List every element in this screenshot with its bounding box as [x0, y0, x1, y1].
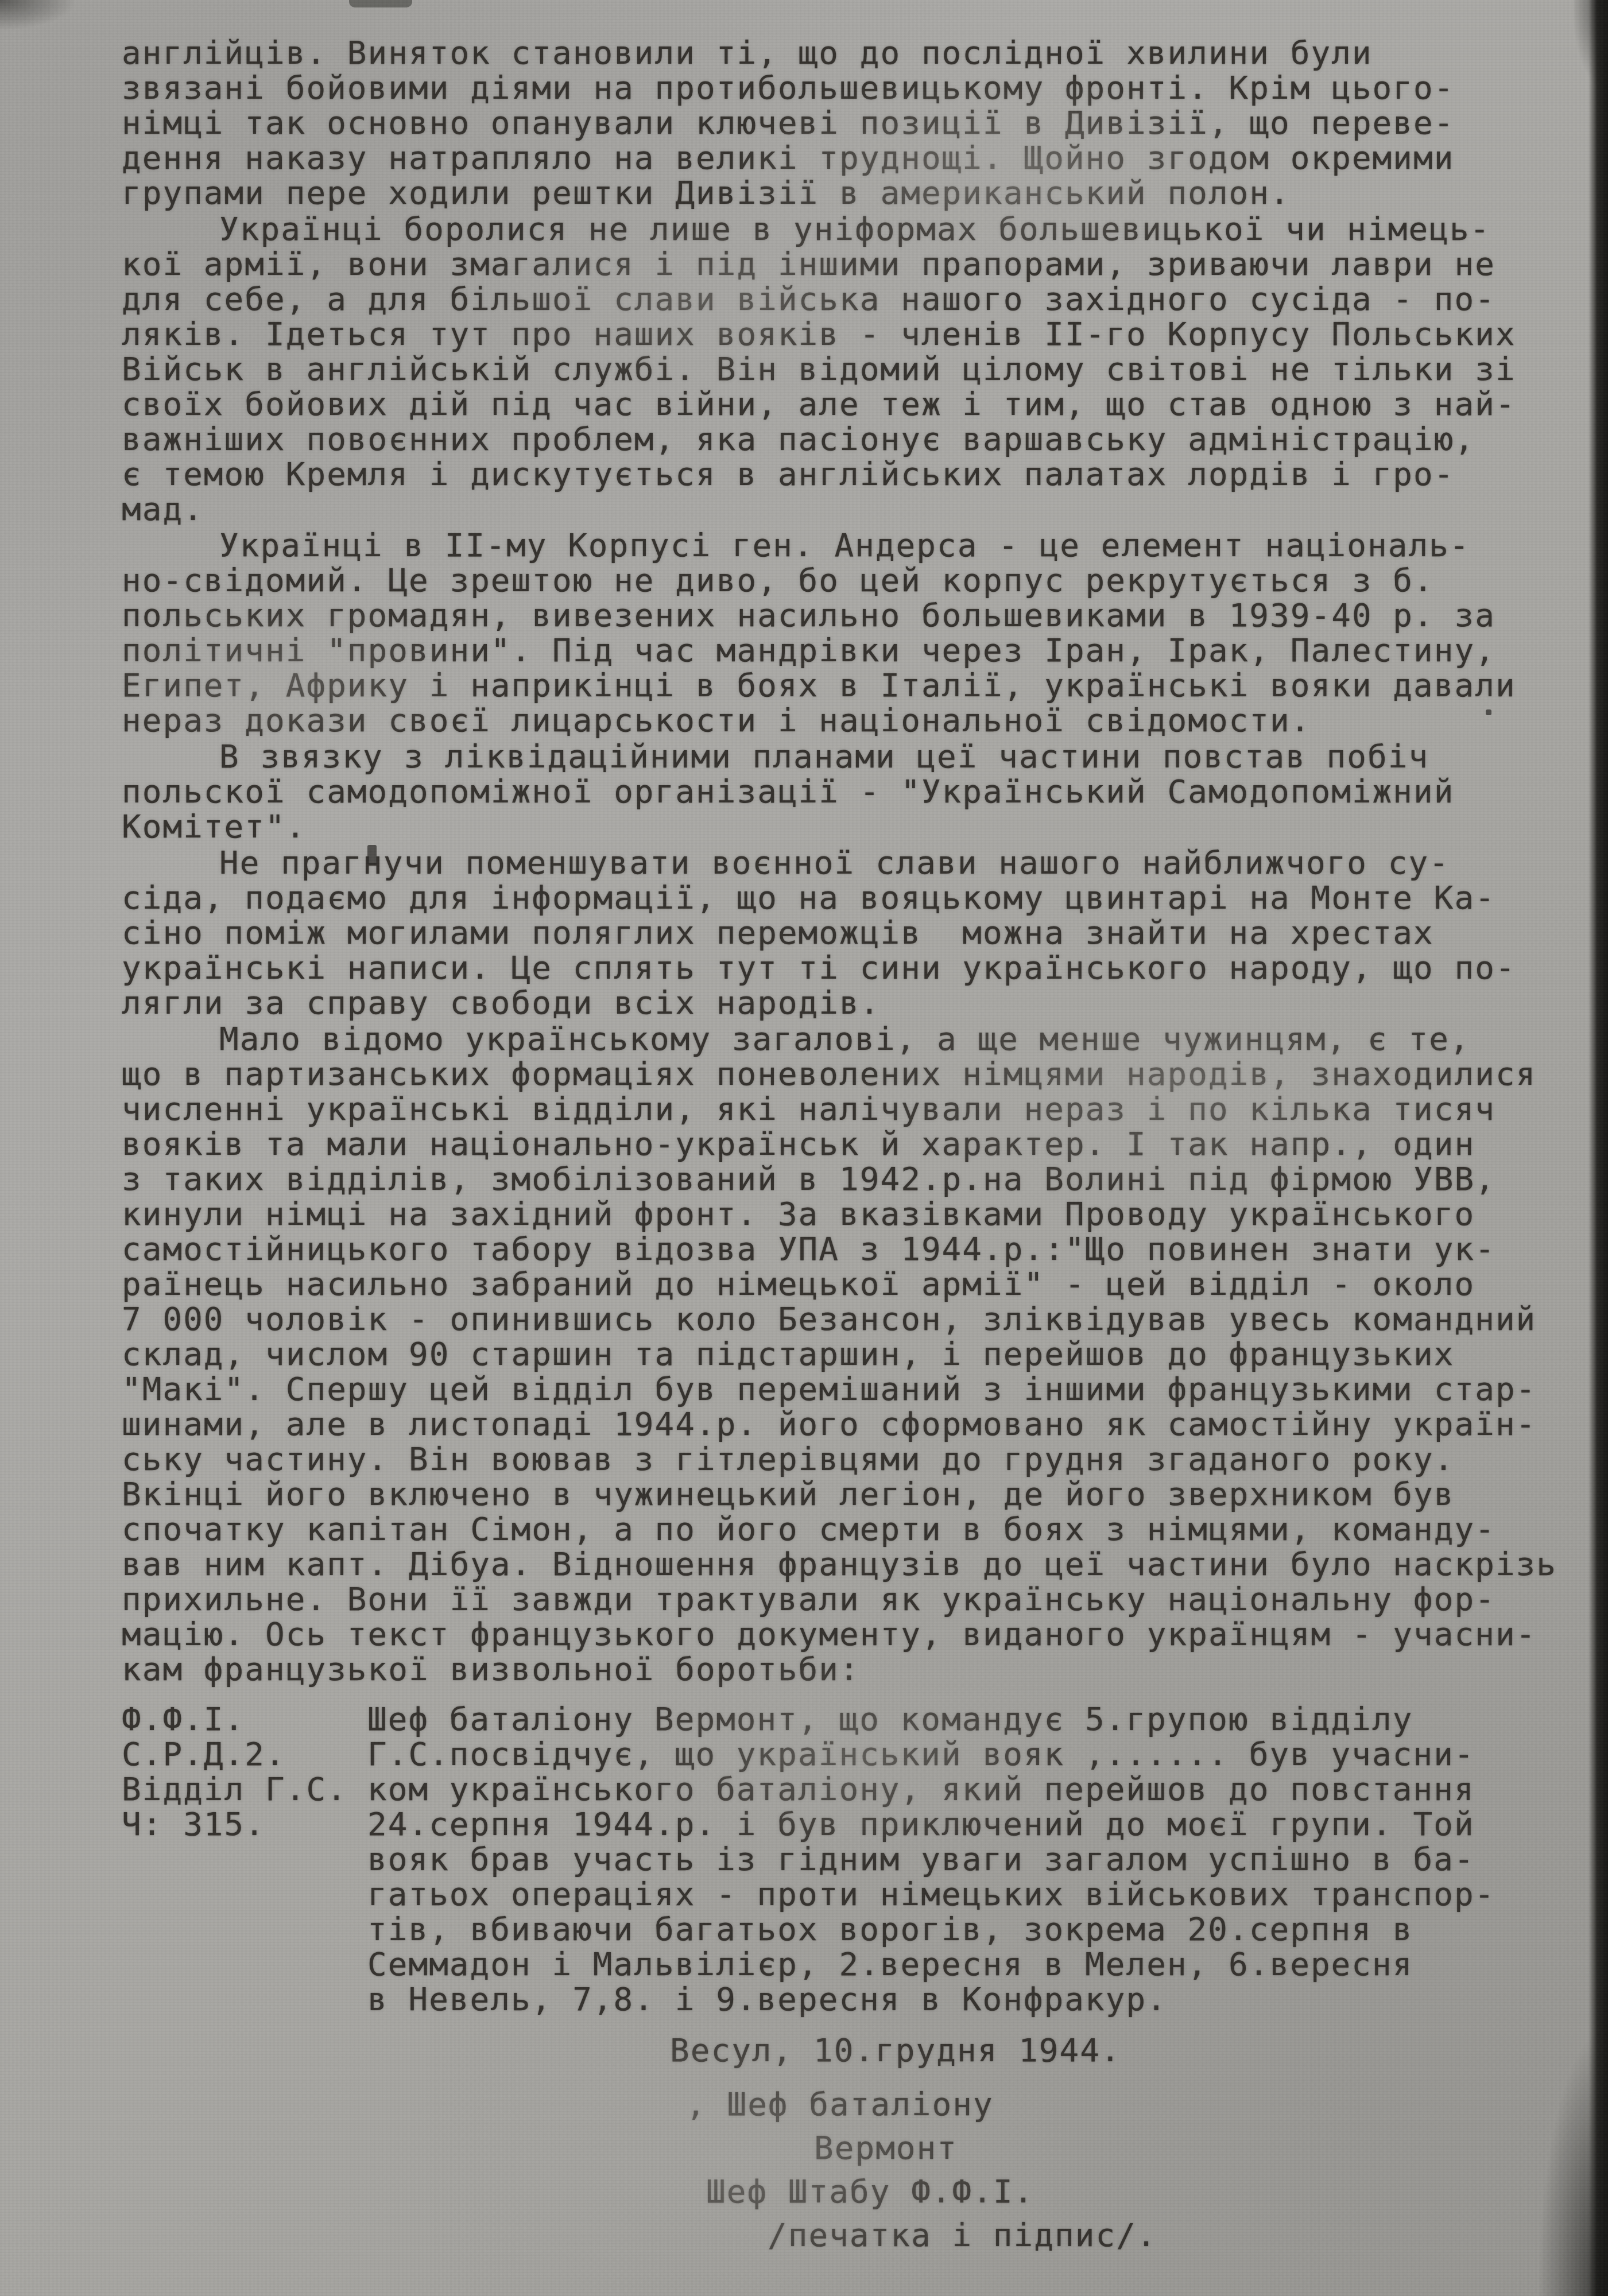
dateline: Весул, 10.грудня 1944.	[670, 2033, 1574, 2068]
ink-speck	[1486, 709, 1491, 715]
text-line: самостійницького табору відозва УПА з 19…	[122, 1232, 1574, 1267]
paragraph: В звязку з ліквідаційними планами цеї ча…	[122, 739, 1574, 844]
scan-edge-artifact-right	[1588, 0, 1608, 2296]
text-line: "Макі". Спершу цей відділ був перемішани…	[122, 1372, 1574, 1407]
scanned-document-page: англійців. Виняток становили ті, що до п…	[0, 0, 1608, 2296]
text-line: Египет, Африку і наприкінці в боях в Іта…	[122, 668, 1574, 703]
signature-line-seal-note: /печатка і підпис/.	[768, 2214, 1574, 2258]
ink-speck	[367, 845, 377, 864]
text-line: сіно поміж могилами поляглих переможців …	[122, 916, 1574, 951]
scan-nick-top	[349, 0, 412, 7]
text-line: мад.	[122, 492, 1574, 527]
paragraph: Українці в ІІ-му Корпусі ген. Андерса - …	[122, 528, 1574, 738]
text-line: сіда, подаємо для інформації, що на вояц…	[122, 881, 1574, 916]
paragraph: Мало відомо українському загалові, а ще …	[122, 1022, 1574, 1687]
text-line: шинами, але в листопаді 1944.р. його сфо…	[122, 1407, 1574, 1442]
text-line: з таких відділів, змобілізований в 1942.…	[122, 1162, 1574, 1197]
document-text: англійців. Виняток становили ті, що до п…	[122, 36, 1574, 2258]
text-line: вав ним капт. Дібуа. Відношення французі…	[122, 1547, 1574, 1582]
text-line: що в партизанських формаціях поневолених…	[122, 1057, 1574, 1092]
text-line: вояків та мали національно-українськ й х…	[122, 1127, 1574, 1162]
text-line: польських громадян, вивезених насильно б…	[122, 598, 1574, 633]
reference-label: Ч: 315.	[122, 1807, 367, 1842]
text-line: Мало відомо українському загалові, а ще …	[122, 1022, 1574, 1057]
text-line: англійців. Виняток становили ті, що до п…	[122, 36, 1574, 71]
text-line: є темою Кремля і дискутується в англійсь…	[122, 457, 1574, 492]
text-line: нераз докази своєї лицарськости і націон…	[122, 703, 1574, 738]
text-line: численні українські відділи, які налічув…	[122, 1092, 1574, 1127]
text-line: кам французької визвольної боротьби:	[122, 1652, 1574, 1687]
text-line: важніших повоєнних проблем, яка пасіонує…	[122, 422, 1574, 457]
paragraph: Українці боролися не лише в уніформах бо…	[122, 212, 1574, 527]
signature-block: , Шеф баталіону Вермонт Шеф Штабу Ф.Ф.І.…	[122, 2083, 1574, 2258]
paragraph: Не прагнучи поменшувати воєнної слави на…	[122, 846, 1574, 1021]
text-line: кої армії, вони змагалися і під іншими п…	[122, 247, 1574, 282]
text-line: Військ в англійській службі. Він відомий…	[122, 352, 1574, 387]
text-line: політичні "провини". Під час мандрівки ч…	[122, 633, 1574, 668]
reference-text-line: Шеф баталіону Вермонт, що командує 5.гру…	[367, 1702, 1574, 1737]
text-line: раїнець насильно забраний до німецької а…	[122, 1267, 1574, 1302]
reference-text-line: Семмадон і Мальвілієр, 2.вересня в Мелен…	[367, 1947, 1574, 1982]
text-line: Вкінці його включено в чужинецький легіо…	[122, 1477, 1574, 1512]
text-line: польскої самодопоміжної організації - "У…	[122, 774, 1574, 809]
text-line: мацію. Ось текст французького документу,…	[122, 1617, 1574, 1652]
reference-labels-column: Ф.Ф.І.С.Р.Д.2.Відділ Г.С.Ч: 315.	[122, 1702, 367, 2017]
reference-label: Відділ Г.С.	[122, 1772, 367, 1807]
text-line: Комітет".	[122, 809, 1574, 844]
text-line: лягли за справу свободи всіх народів.	[122, 986, 1574, 1021]
text-line: ляків. Ідеться тут про наших вояків - чл…	[122, 317, 1574, 352]
french-document-reference-block: Ф.Ф.І.С.Р.Д.2.Відділ Г.С.Ч: 315. Шеф бат…	[122, 1702, 1574, 2017]
text-line: для себе, а для більшої слави війська на…	[122, 282, 1574, 317]
text-line: прихильне. Вони її завжди трактували як …	[122, 1582, 1574, 1617]
text-line: звязані бойовими діями на протибольшевиц…	[122, 71, 1574, 106]
text-line: своїх бойових дій під час війни, але теж…	[122, 387, 1574, 422]
reference-text-line: Г.С.посвідчує, що український вояк ,....…	[367, 1737, 1574, 1772]
reference-text-line: ком українського баталіону, який перейшо…	[367, 1772, 1574, 1807]
reference-label: С.Р.Д.2.	[122, 1737, 367, 1772]
text-line: дення наказу натрапляло на великі трудно…	[122, 141, 1574, 176]
reference-text-line: 24.серпня 1944.р. і був приключений до м…	[367, 1807, 1574, 1842]
body-paragraphs: англійців. Виняток становили ті, що до п…	[122, 36, 1574, 1687]
text-line: склад, числом 90 старшин та підстаршин, …	[122, 1337, 1574, 1372]
text-line: Українці боролися не лише в уніформах бо…	[122, 212, 1574, 247]
reference-label: Ф.Ф.І.	[122, 1702, 367, 1737]
reference-text-column: Шеф баталіону Вермонт, що командує 5.гру…	[367, 1702, 1574, 2017]
text-line: 7 000 чоловік - опинившись коло Безансон…	[122, 1302, 1574, 1337]
text-line: но-свідомий. Це зрештою не диво, бо цей …	[122, 563, 1574, 598]
text-line: українські написи. Це сплять тут ті сини…	[122, 951, 1574, 986]
text-line: Українці в ІІ-му Корпусі ген. Андерса - …	[122, 528, 1574, 563]
reference-text-line: гатьох операціях - проти німецьких війсь…	[367, 1877, 1574, 1912]
scan-corner-artifact-top-right	[1574, 0, 1608, 86]
reference-text-line: в Невель, 7,8. і 9.вересня в Конфракур.	[367, 1982, 1574, 2017]
signature-line-staff: Шеф Штабу Ф.Ф.І.	[706, 2170, 1574, 2214]
text-line: Не прагнучи поменшувати воєнної слави на…	[122, 846, 1574, 881]
text-line: В звязку з ліквідаційними планами цеї ча…	[122, 739, 1574, 774]
reference-text-line: вояк брав участь із гідним уваги загалом…	[367, 1842, 1574, 1877]
text-line: групами пере ходили рештки Дивізії в аме…	[122, 176, 1574, 211]
text-line: спочатку капітан Сімон, а по його смерти…	[122, 1512, 1574, 1547]
scan-mark-top-left	[0, 0, 75, 30]
text-line: кинули німці на західний фронт. За вказі…	[122, 1197, 1574, 1232]
text-line: німці так основно опанували ключеві пози…	[122, 106, 1574, 141]
reference-text-line: тів, вбиваючи багатьох ворогів, зокрема …	[367, 1912, 1574, 1947]
paragraph: англійців. Виняток становили ті, що до п…	[122, 36, 1574, 211]
scan-corner-artifact-bottom-right	[1539, 2032, 1608, 2296]
signature-line-role: , Шеф баталіону	[686, 2083, 1574, 2127]
text-line: ську частину. Він воював з гітлерівцями …	[122, 1442, 1574, 1477]
signature-line-name: Вермонт	[814, 2127, 1574, 2170]
